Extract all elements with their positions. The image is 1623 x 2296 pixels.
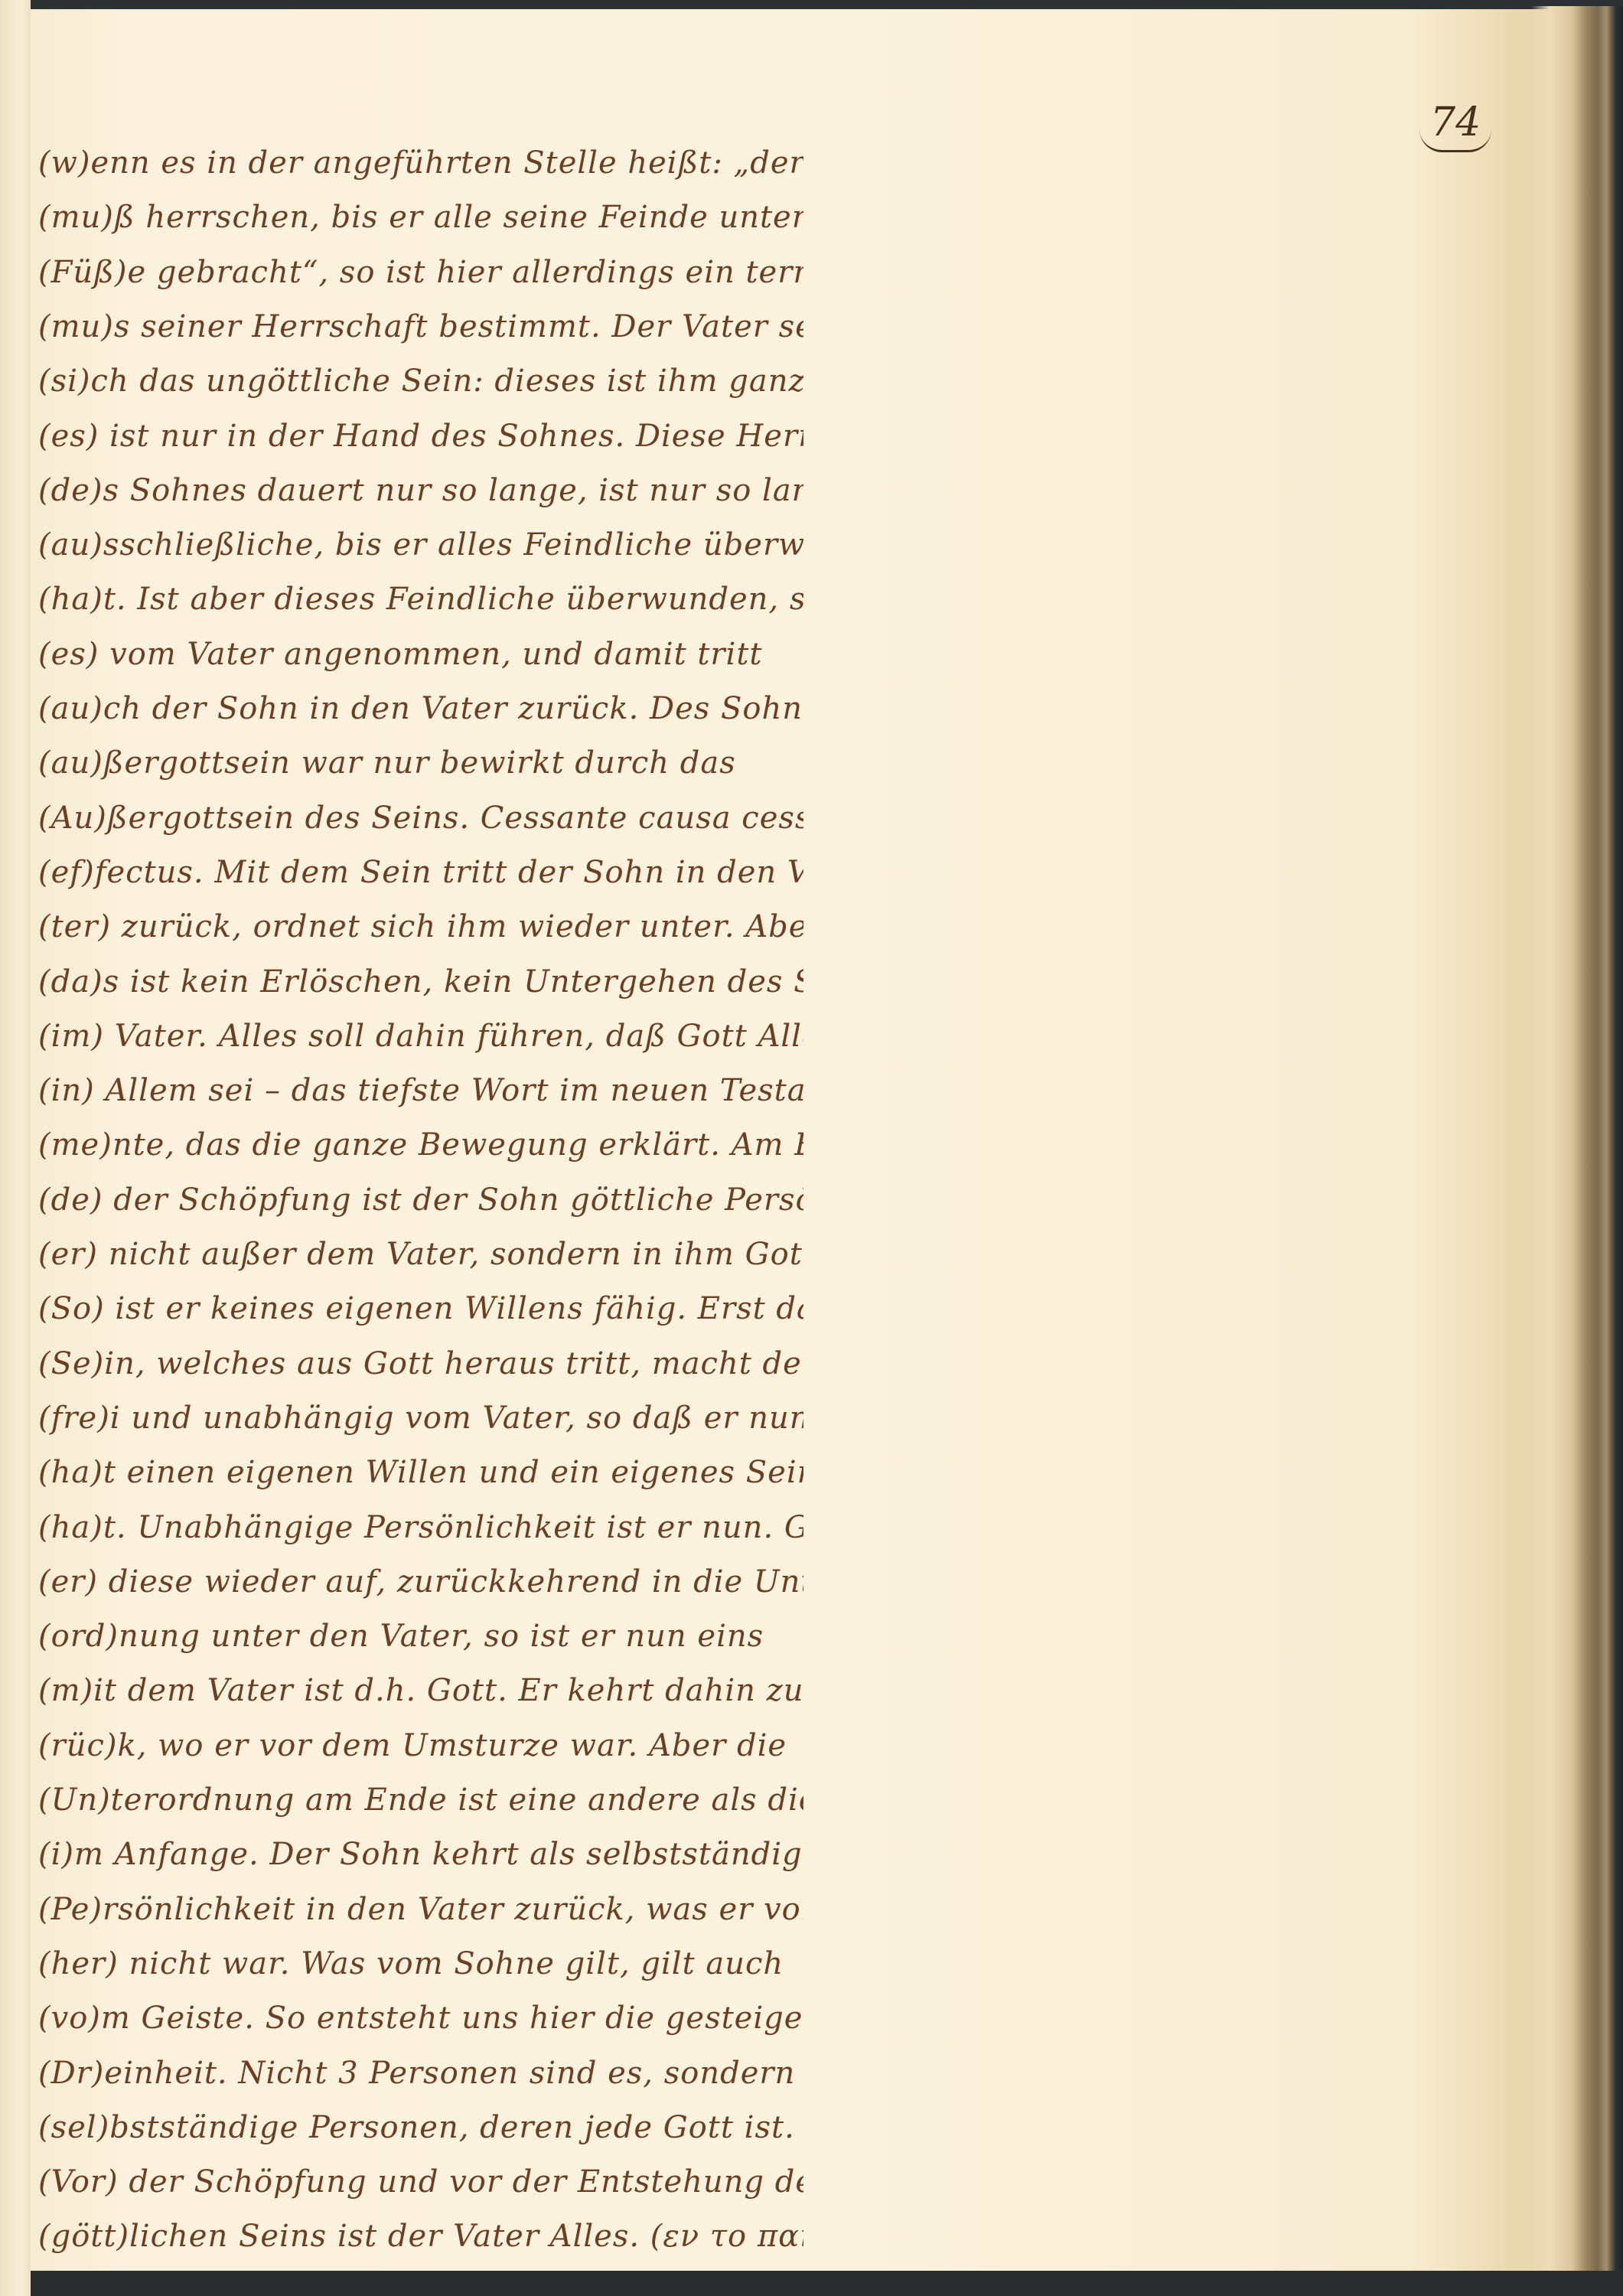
manuscript-line: (fre)i und unabhängig vom Vater, so daß … — [38, 1401, 803, 1454]
manuscript-line: (me)nte, das die ganze Bewegung erklärt.… — [38, 1127, 803, 1181]
scan-background-bottom — [31, 2271, 1623, 2296]
manuscript-line: (Un)terordnung am Ende ist eine andere a… — [38, 1782, 803, 1836]
manuscript-line: (ord)nung unter den Vater, so ist er nun… — [38, 1619, 803, 1672]
manuscript-line: (Pe)rsönlichkeit in den Vater zurück, wa… — [38, 1892, 803, 1945]
manuscript-line: (es) ist nur in der Hand des Sohnes. Die… — [38, 419, 803, 472]
manuscript-line: (Vor) der Schöpfung und vor der Entstehu… — [38, 2164, 803, 2218]
manuscript-line: (ef)fectus. Mit dem Sein tritt der Sohn … — [38, 855, 803, 908]
manuscript-line: (m)it dem Vater ist d.h. Gott. Er kehrt … — [38, 1673, 803, 1727]
manuscript-line: (gött)lichen Seins ist der Vater Alles. … — [38, 2219, 803, 2272]
manuscript-line: (i)m Anfange. Der Sohn kehrt als selbsts… — [38, 1837, 803, 1890]
manuscript-line: (ha)t einen eigenen Willen und ein eigen… — [38, 1455, 803, 1508]
manuscript-line: (im) Vater. Alles soll dahin führen, daß… — [38, 1019, 803, 1072]
manuscript-line: (sel)bstständige Personen, deren jede Go… — [38, 2110, 803, 2164]
manuscript-line: (vo)m Geiste. So entsteht uns hier die g… — [38, 2001, 803, 2054]
manuscript-line: (ter) zurück, ordnet sich ihm wieder unt… — [38, 909, 803, 963]
manuscript-line: (au)ßergottsein war nur bewirkt durch da… — [38, 745, 803, 799]
scan-background-top — [31, 0, 1623, 9]
manuscript-line: (her) nicht war. Was vom Sohne gilt, gil… — [38, 1946, 803, 2000]
manuscript-line: (rüc)k, wo er vor dem Umsturze war. Aber… — [38, 1728, 803, 1782]
manuscript-line: (si)ch das ungöttliche Sein: dieses ist … — [38, 364, 803, 417]
manuscript-line: (mu)s seiner Herrschaft bestimmt. Der Va… — [38, 309, 803, 363]
manuscript-line: (de) der Schöpfung ist der Sohn göttlich… — [38, 1182, 803, 1236]
manuscript-line: (er) diese wieder auf, zurückkehrend in … — [38, 1564, 803, 1618]
manuscript-line: (ha)t. Ist aber dieses Feindliche überwu… — [38, 582, 803, 635]
page-edge-stain — [1531, 6, 1623, 2272]
manuscript-line: (er) nicht außer dem Vater, sondern in i… — [38, 1237, 803, 1290]
manuscript-line: (de)s Sohnes dauert nur so lange, ist nu… — [38, 473, 803, 527]
manuscript-line: (Au)ßergottsein des Seins. Cessante caus… — [38, 801, 803, 854]
manuscript-line: (in) Allem sei – das tiefste Wort im neu… — [38, 1073, 803, 1127]
manuscript-line: (es) vom Vater angenommen, und damit tri… — [38, 637, 803, 690]
manuscript-line: (Füß)e gebracht“, so ist hier allerdings… — [38, 255, 803, 308]
manuscript-line: (au)ch der Sohn in den Vater zurück. Des… — [38, 691, 803, 745]
manuscript-line: (Dr)einheit. Nicht 3 Personen sind es, s… — [38, 2056, 803, 2109]
manuscript-line: (mu)ß herrschen, bis er alle seine Feind… — [38, 200, 803, 253]
manuscript-line: (au)sschließliche, bis er alles Feindlic… — [38, 527, 803, 581]
manuscript-line: (ha)t. Unabhängige Persönlichkeit ist er… — [38, 1510, 803, 1564]
manuscript-line: (w)enn es in der angeführten Stelle heiß… — [38, 145, 803, 199]
manuscript-line: (Se)in, welches aus Gott heraus tritt, m… — [38, 1346, 803, 1400]
page-number: 74 — [1419, 99, 1491, 152]
manuscript-line: (da)s ist kein Erlöschen, kein Untergehe… — [38, 964, 803, 1018]
manuscript-line: (So) ist er keines eigenen Willens fähig… — [38, 1291, 803, 1345]
